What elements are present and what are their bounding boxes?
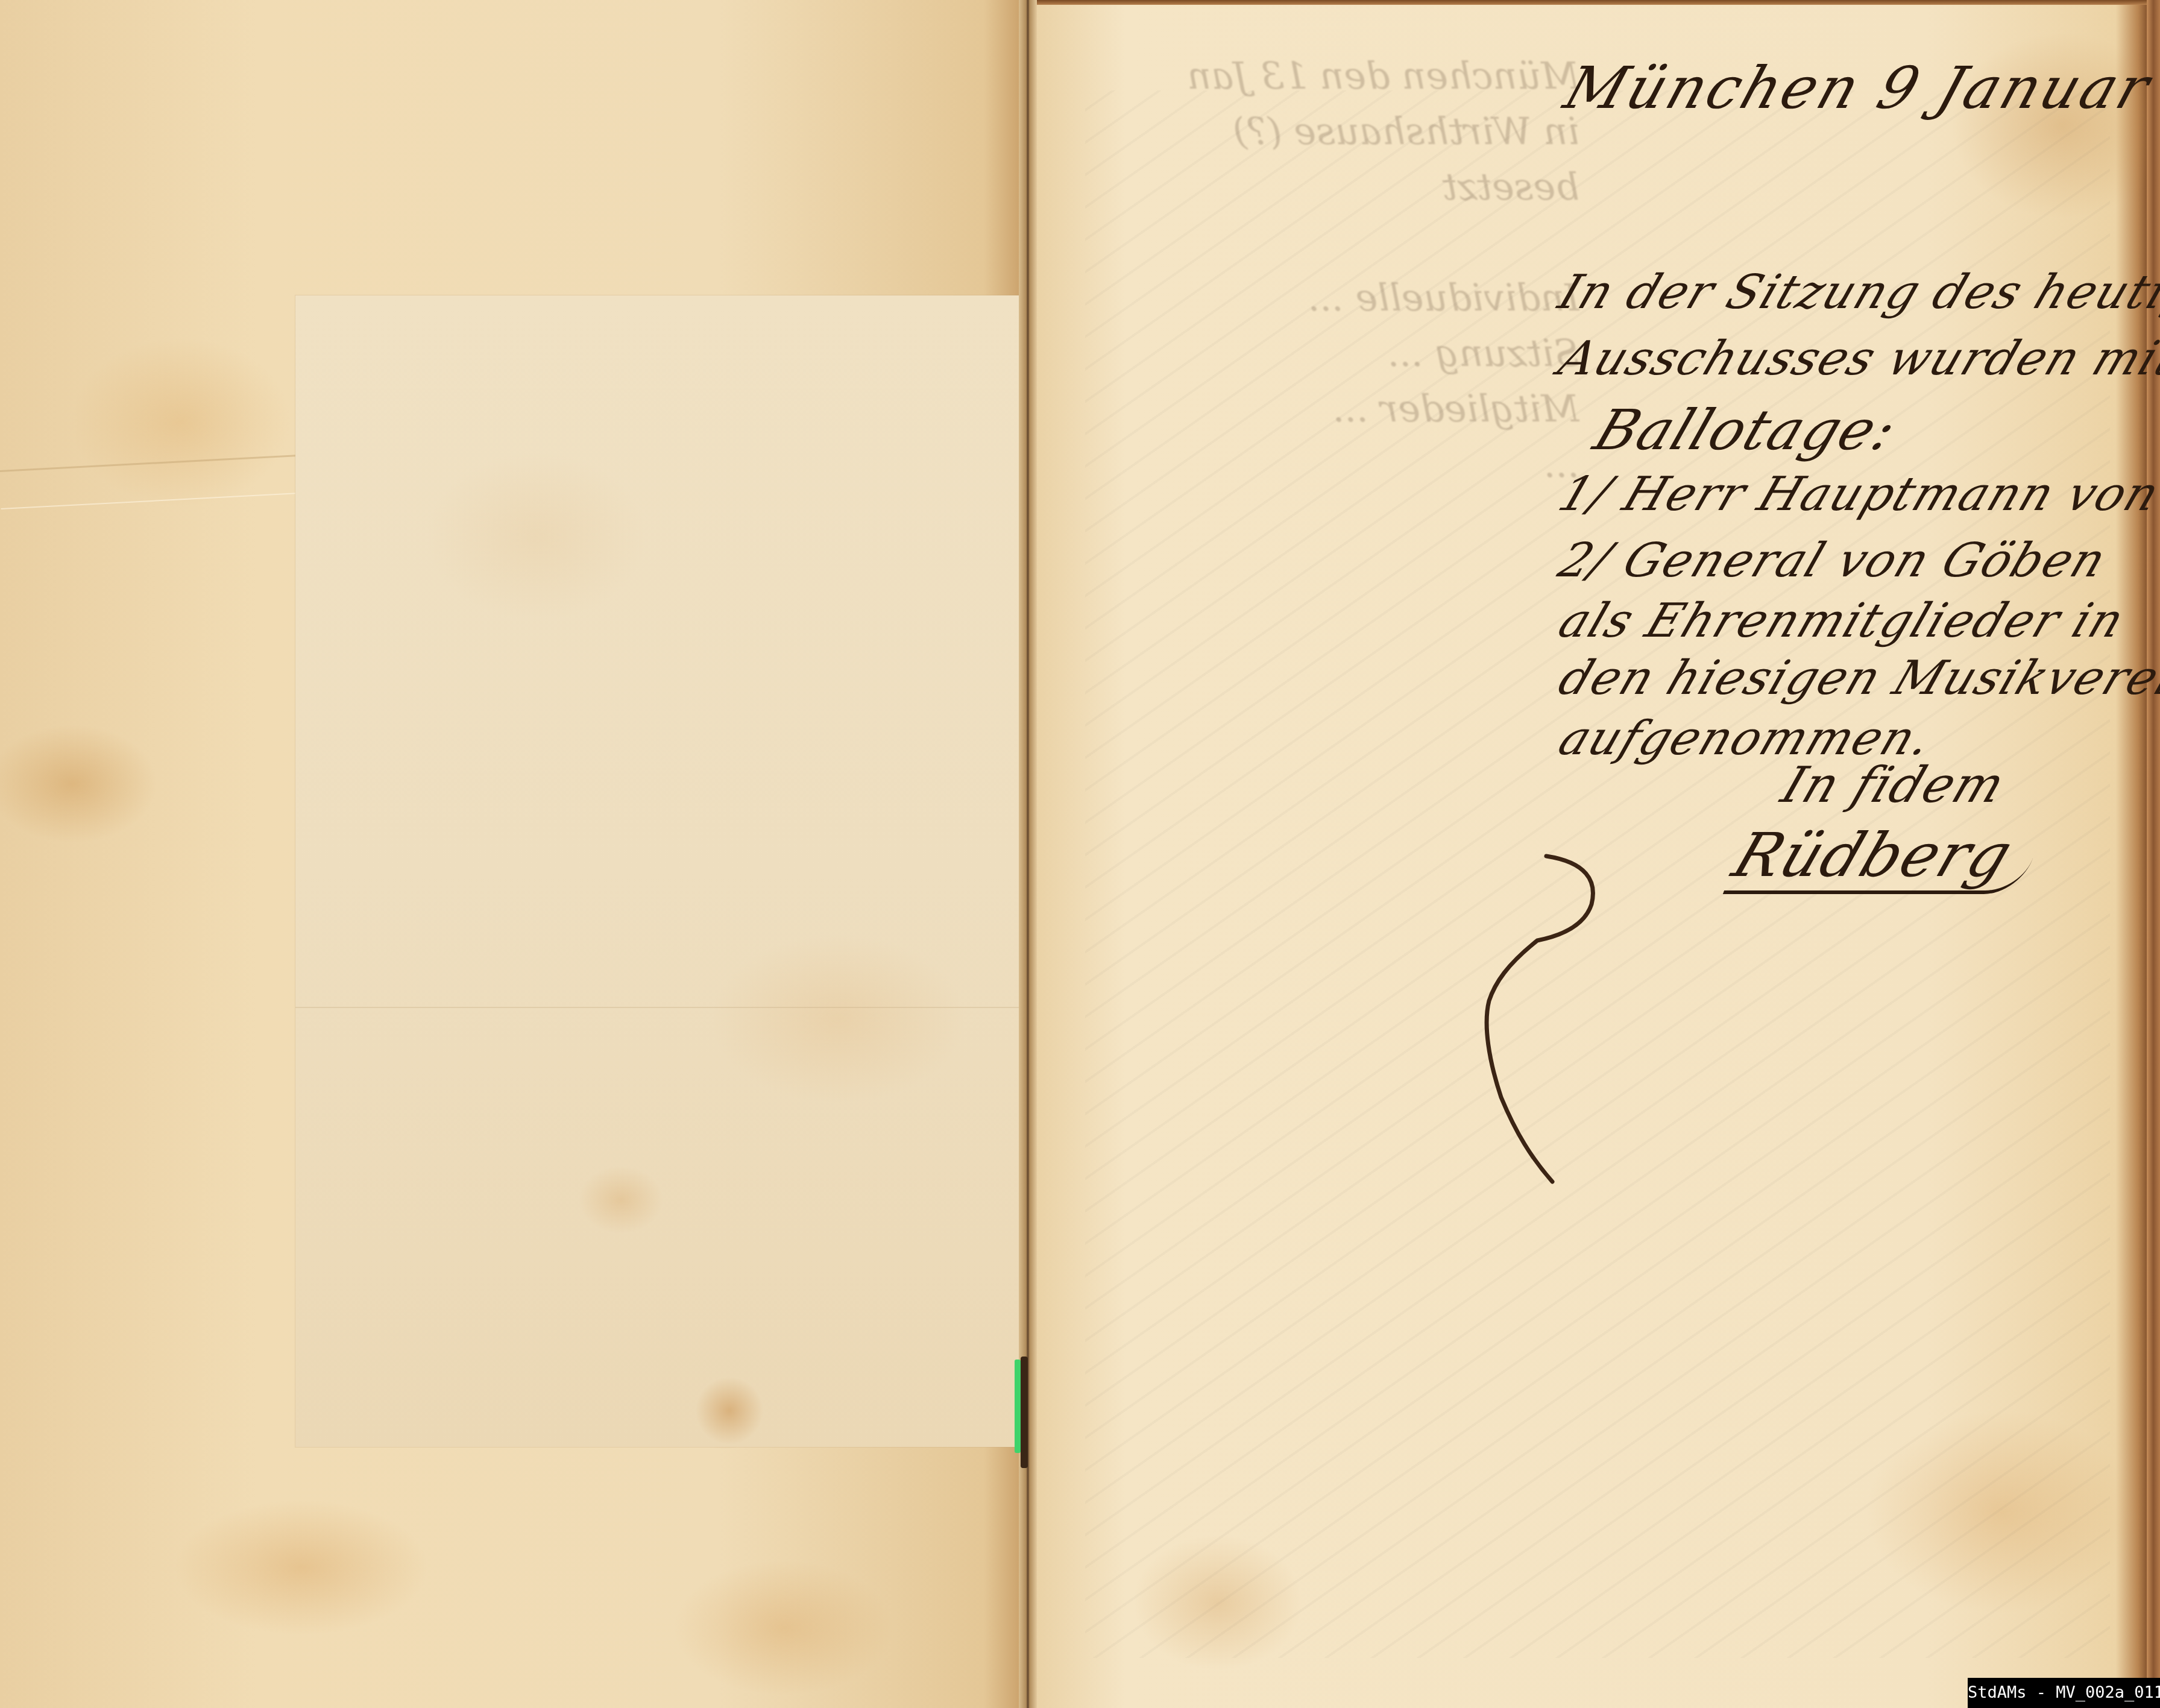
entry-line: als Ehrenmitglieder in bbox=[1552, 594, 2132, 648]
archive-signature-label: StdAMs - MV_002a_011 bbox=[1968, 1678, 2160, 1708]
spine-tear bbox=[1021, 1357, 1028, 1468]
right-page-fore-edge bbox=[2147, 0, 2160, 1708]
entry-line: Ballotage: bbox=[1586, 398, 1907, 462]
entry-dateline: München 9 Januar 1864 bbox=[1557, 54, 2160, 122]
left-page bbox=[0, 0, 1025, 1708]
entry-line: Ausschusses wurden mittelst bbox=[1552, 332, 2160, 386]
sheet-fold-line bbox=[295, 1007, 1019, 1008]
tipped-in-sheet bbox=[295, 295, 1019, 1447]
entry-signature: Rüdberg bbox=[1723, 820, 2047, 894]
entry-line: 1/ Herr Hauptmann von Holleben bbox=[1552, 467, 2160, 522]
paper-crease bbox=[0, 454, 314, 509]
entry-line: In der Sitzung des heutigen bbox=[1552, 265, 2160, 320]
entry-line: den hiesigen Musikverein bbox=[1552, 651, 2160, 705]
green-binding-tape bbox=[1015, 1360, 1021, 1453]
closing-flourish-stroke bbox=[1387, 844, 1658, 1688]
entry-line: 2/ General von Göben bbox=[1552, 534, 2115, 588]
book-spread: München den 13 Jan in Wirthshause (?) be… bbox=[0, 0, 2160, 1708]
entry-closing: In fidem bbox=[1774, 757, 2014, 814]
